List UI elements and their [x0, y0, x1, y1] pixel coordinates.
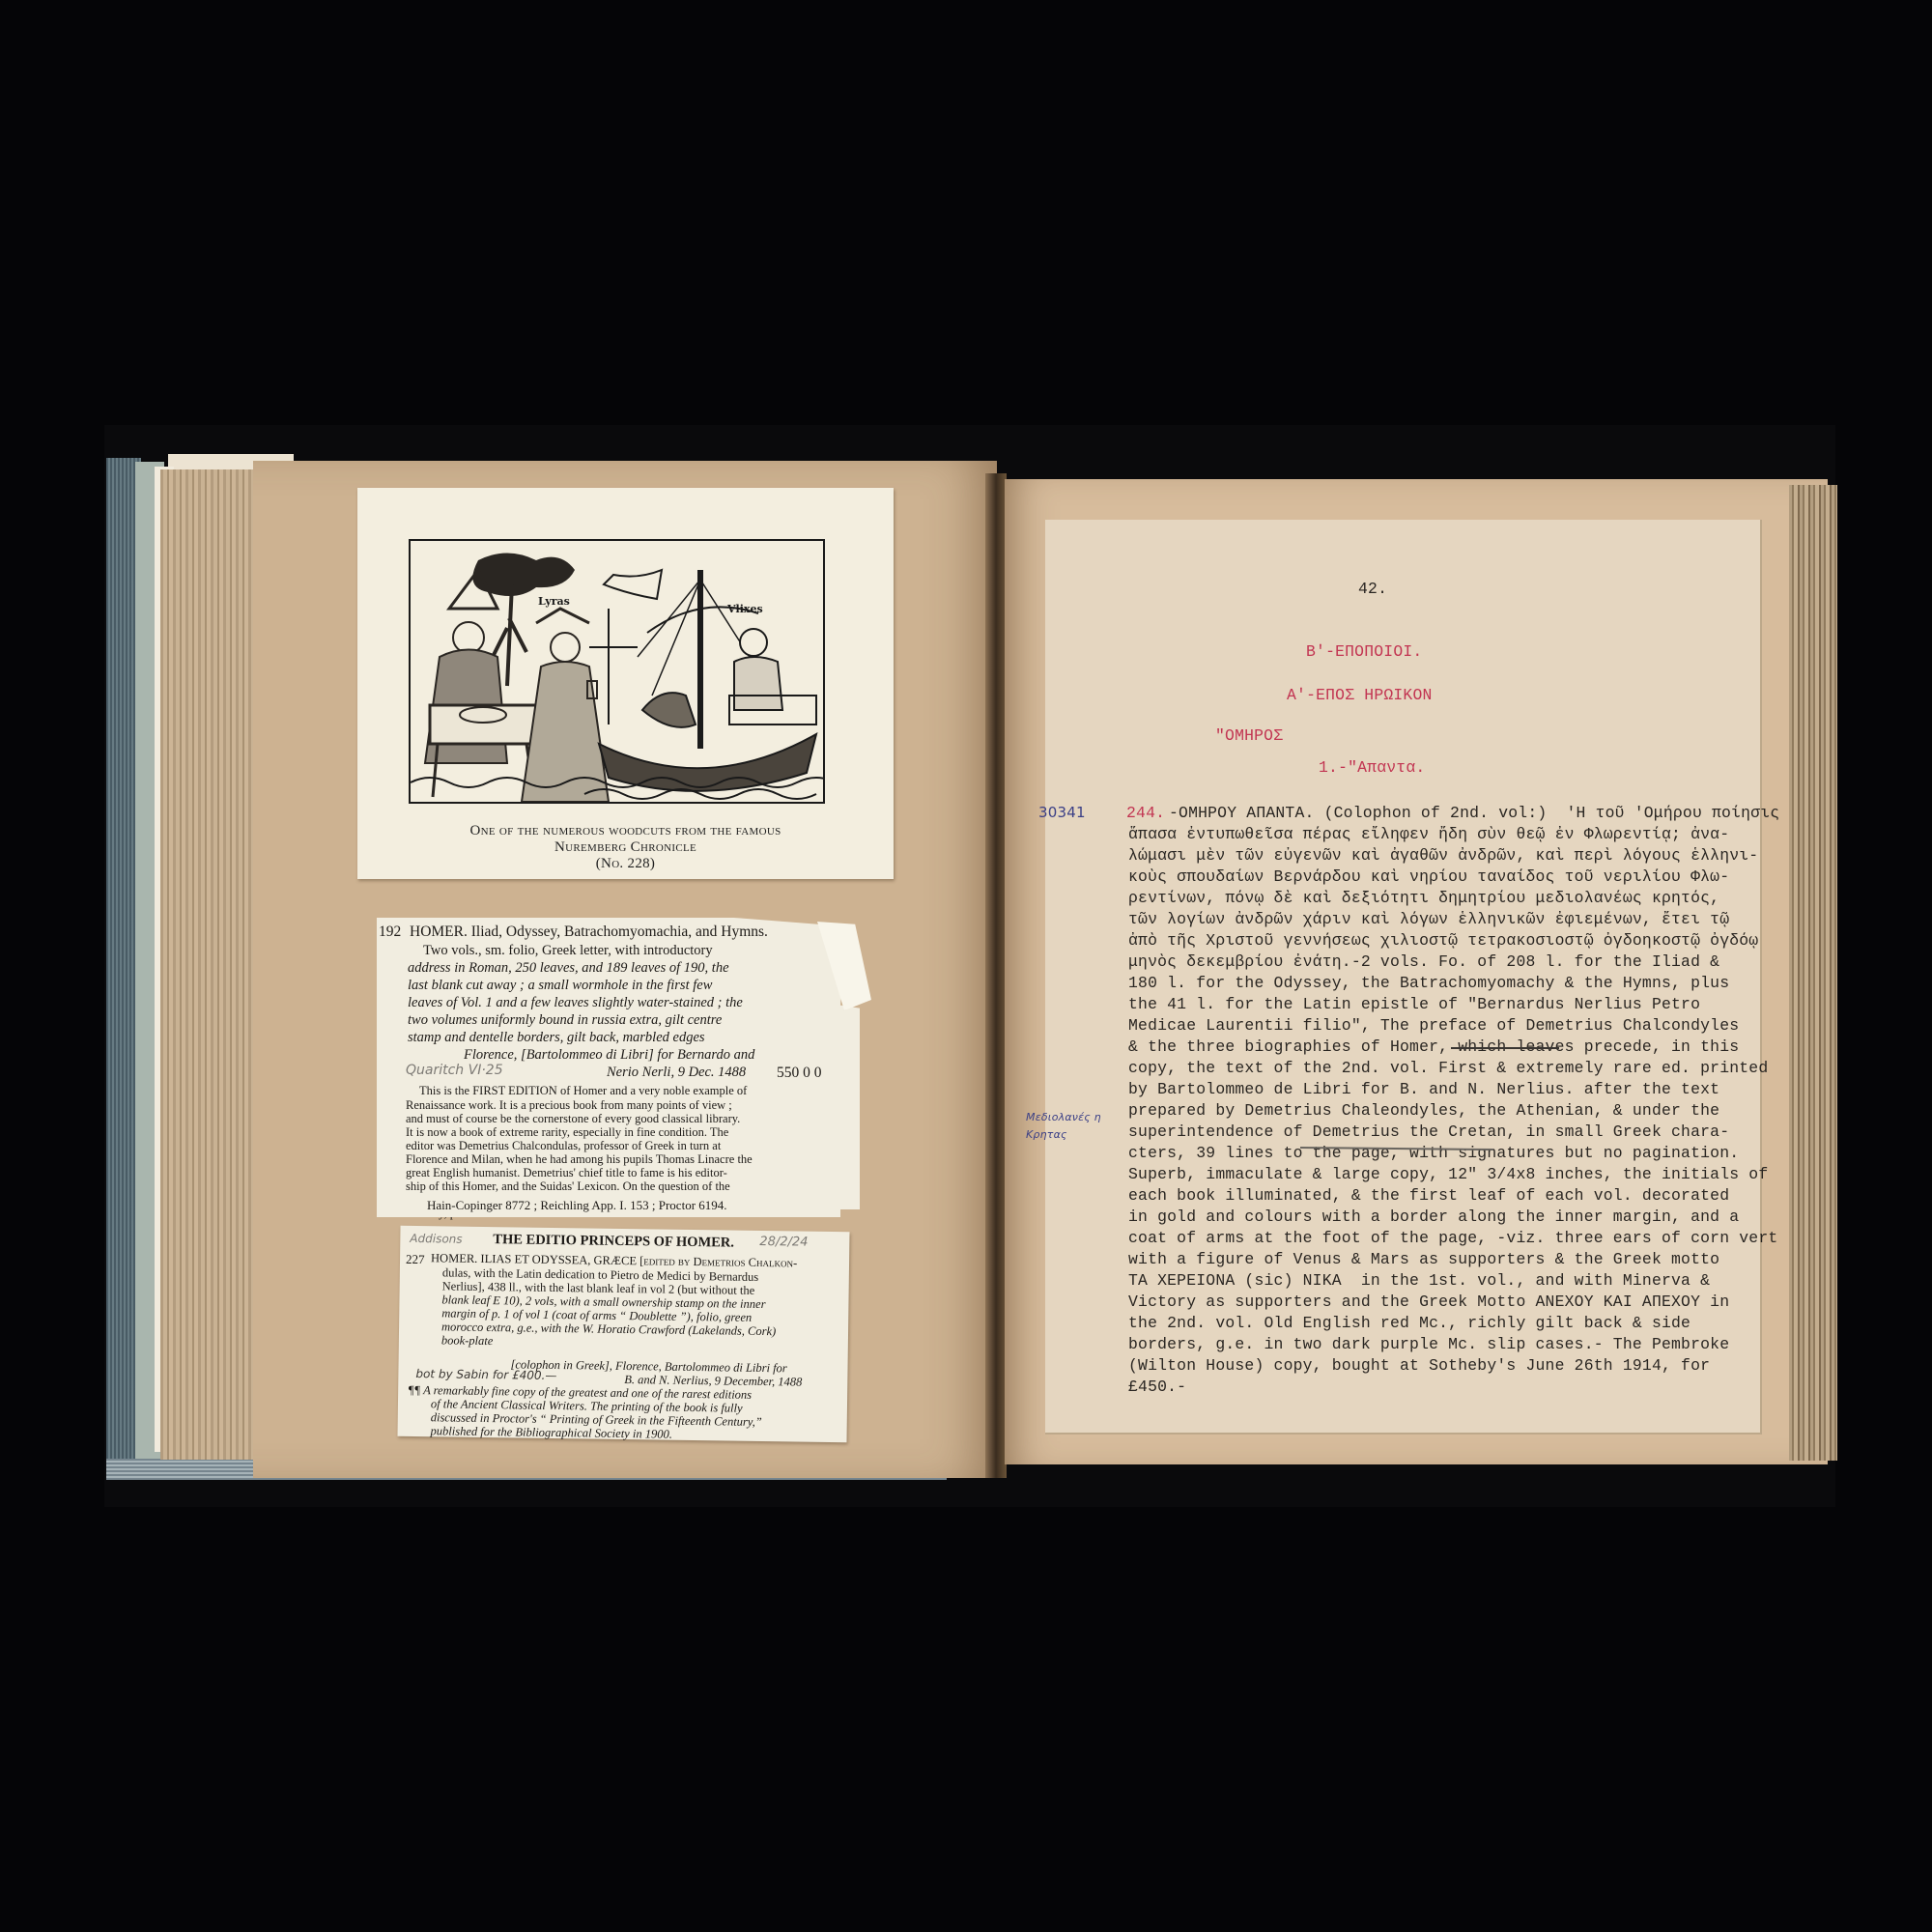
subsection-heading: Aʹ-ΕΠΟΣ ΗΡΩΙΚΟΝ — [1287, 686, 1433, 704]
entry-line: Medicae Laurentii filio", The preface of… — [1128, 1016, 1739, 1035]
woodcut-illustration: Lyras Vlixes — [409, 539, 825, 804]
entry-line: -ΟΜΗΡΟΥ ΑΠΑΝΤΑ. (Colophon of 2nd. vol:) … — [1169, 804, 1779, 822]
entry-line: λώμασι μὲν τῶν εὐγενῶν καὶ ἀγαθῶν ἀνδρῶν… — [1128, 846, 1758, 865]
entry-line: cters, 39 lines to the page, with signat… — [1128, 1144, 1739, 1162]
entry-line: prepared by Demetrius Chaleondyles, the … — [1128, 1101, 1719, 1120]
entry-line: (Wilton House) copy, bought at Sotheby's… — [1128, 1356, 1710, 1375]
entry-line: each book illuminated, & the first leaf … — [1128, 1186, 1729, 1205]
pencil-annotation: Addisons — [410, 1232, 462, 1246]
woodcut-caption-line1: One of the numerous woodcuts from the fa… — [357, 823, 894, 839]
lot-number: 192 — [379, 923, 401, 941]
woodcut-label-lyras: Lyras — [538, 595, 570, 608]
clipping-price: 550 0 0 — [777, 1065, 822, 1082]
section-heading: Bʹ-ΕΠΟΠΟΙΟΙ. — [1306, 642, 1422, 661]
woodcut-caption-line2: Nuremberg Chronicle — [357, 839, 894, 856]
entry-line: κοὺς σπουδαίων Βερνάρδου καὶ νηρίου τανα… — [1128, 867, 1729, 886]
entry-line: ΤΑ ΧΕΡΕΙΟΝΑ (sic) ΝΙΚΑ in the 1st. vol.,… — [1128, 1271, 1710, 1290]
entry-line: 180 l. for the Odyssey, the Batrachomyom… — [1128, 974, 1729, 992]
entry-line: & the three biographies of Homer, which … — [1128, 1037, 1739, 1056]
clipping-line: address in Roman, 250 leaves, and 189 le… — [408, 960, 729, 978]
clipping-line: book-plate — [441, 1332, 494, 1350]
clipping-imprint: Florence, [Bartolommeo di Libri] for Ber… — [464, 1047, 754, 1065]
page-number: 42. — [1358, 580, 1387, 598]
margin-handwritten-note: Μεδιολανές η Κρητας — [1026, 1109, 1118, 1144]
entry-line: £450.- — [1128, 1378, 1186, 1396]
entry-line: by Bartolommeo de Libri for B. and N. Ne… — [1128, 1080, 1719, 1098]
strikethrough-mark — [1451, 1047, 1559, 1049]
left-page-stack — [160, 469, 257, 1460]
entry-line: with a figure of Venus & Mars as support… — [1128, 1250, 1719, 1268]
clipping-references: Hain-Copinger 8772 ; Reichling App. I. 1… — [427, 1197, 727, 1214]
catalogue-clipping-227: Addisons THE EDITIO PRINCEPS OF HOMER. 2… — [398, 1226, 850, 1442]
clipping-line: leaves of Vol. 1 and a few leaves slight… — [408, 995, 743, 1012]
clipping-line: stamp and dentelle borders, gilt back, m… — [408, 1030, 705, 1047]
entry-line: ἅπασα ἐντυπωθεῖσα πέρας εἴληφεν ἤδη σὺν … — [1128, 825, 1729, 843]
entry-line: ρεντίνων, πόνῳ δὲ καὶ δεξιότητι δημητρίο… — [1128, 889, 1719, 907]
entry-line: the 2nd. vol. Old English red Mc., richl… — [1128, 1314, 1690, 1332]
book-gutter — [985, 473, 1007, 1478]
entry-line: ἀπὸ τῆς Χριστοῦ γεννήσεως χιλιοστῷ τετρα… — [1128, 931, 1758, 950]
margin-accession-number: 30341 — [1038, 804, 1086, 821]
entry-line: superintendence of Demetrius the Cretan,… — [1128, 1122, 1729, 1141]
clipping-192-footer: Hain-Copinger 8772 ; Reichling App. I. 1… — [377, 1194, 840, 1217]
woodcut-label-vlixes: Vlixes — [727, 603, 763, 615]
clipping-imprint: Nerio Nerli, 9 Dec. 1488 — [607, 1065, 746, 1082]
catalogue-clipping-192: 192 HOMER. Iliad, Odyssey, Batrachomyoma… — [377, 918, 860, 1209]
pencil-date: 28/2/24 — [759, 1235, 808, 1250]
lot-number: 227 — [406, 1251, 425, 1268]
pencil-annotation: Quaritch VI·25 — [406, 1063, 503, 1078]
entry-line: coat of arms at the foot of the page, -v… — [1128, 1229, 1777, 1247]
clipping-title: HOMER. Iliad, Odyssey, Batrachomyomachia… — [410, 923, 768, 941]
entry-line: borders, g.e. in two dark purple Mc. sli… — [1128, 1335, 1729, 1353]
clipping-line: Two vols., sm. folio, Greek letter, with… — [423, 943, 713, 960]
woodcut-image-icon — [411, 541, 823, 802]
ink-annotation: bot by Sabin for £400.— — [415, 1367, 556, 1382]
entry-line: the 41 l. for the Latin epistle of "Bern… — [1128, 995, 1700, 1013]
entry-line: Superb, immaculate & large copy, 12" 3/4… — [1128, 1165, 1768, 1183]
entry-number: 244. — [1126, 804, 1165, 822]
clipping-heading: THE EDITIO PRINCEPS OF HOMER. — [493, 1232, 734, 1252]
clipping-line: last blank cut away ; a small wormhole i… — [408, 978, 712, 995]
works-heading: 1.-"Απαντα. — [1319, 758, 1425, 777]
entry-line: Victory as supporters and the Greek Mott… — [1128, 1293, 1729, 1311]
entry-line: μηνὸς δεκεμβρίου ἐνάτη.-2 vols. Fo. of 2… — [1128, 952, 1719, 971]
clipping-note: This is the FIRST EDITION of Homer and a… — [419, 1084, 747, 1098]
entry-line: copy, the text of the 2nd. vol. First & … — [1128, 1059, 1768, 1077]
clipping-line: two volumes uniformly bound in russia ex… — [408, 1012, 722, 1030]
entry-line: in gold and colours with a border along … — [1128, 1207, 1739, 1226]
right-page-stack — [1789, 485, 1837, 1461]
woodcut-clipping: Lyras Vlixes One of the numerous woodcut… — [357, 488, 894, 879]
entry-line: τῶν λογίων ἀνδρῶν χάριν καὶ λόγων ἑλληνι… — [1128, 910, 1729, 928]
woodcut-caption-line3: (No. 228) — [357, 856, 894, 872]
author-heading: "ΟΜΗΡΟΣ — [1215, 726, 1283, 745]
clipping-note: published for the Bibliographical Societ… — [430, 1423, 672, 1443]
